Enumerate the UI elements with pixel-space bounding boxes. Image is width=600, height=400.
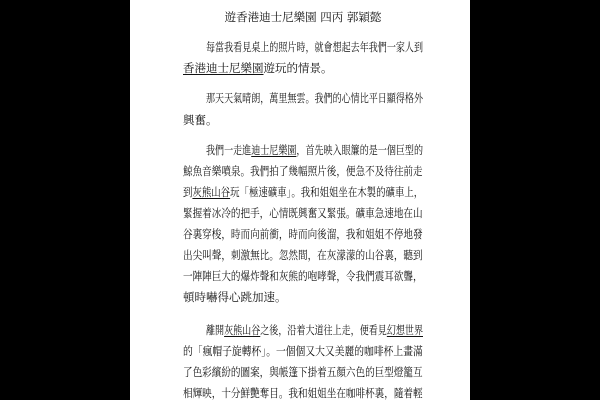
document-title: 遊香港迪士尼樂園 四丙 郭穎懿	[183, 9, 423, 25]
paragraph-3-line-2: 鯨魚音樂噴泉。我們拍了幾幅照片後，便急不及待往前走	[183, 163, 423, 179]
paragraph-3-line-4: 緊握着冰冷的把手，心情既興奮又緊張。礦車急速地在山	[183, 205, 423, 221]
text-run: 緊握着冰冷的把手，心情既興奮又緊張。礦車急速地在山	[183, 206, 423, 220]
paragraph-2-line-1: 那天天氣晴朗，萬里無雲。我們的心情比平日顯得格外	[206, 90, 423, 106]
proper-noun-underlined: 迪士尼樂園	[251, 143, 296, 157]
paragraph-3-line-5: 谷裏穿梭，時而向前衝，時而向後溜，我和姐姐不停地發	[183, 226, 423, 242]
text-run: 頓時嚇得心跳加速。	[183, 290, 287, 304]
text-run: 鯨魚音樂噴泉。我們拍了幾幅照片後，便急不及待往前走	[183, 164, 423, 178]
paragraph-3-line-6: 出尖叫聲，刺激無比。忽然間，在灰濛濛的山谷裏，聽到	[183, 247, 423, 263]
paragraph-4-line-1: 離開灰熊山谷之後，沿着大道往上走，便看見幻想世界	[206, 322, 423, 338]
text-run: 遊玩的情景。	[264, 61, 333, 75]
text-run: 我們一走進	[206, 143, 251, 157]
text-run: 一陣陣巨大的爆炸聲和灰熊的咆哮聲，令我們震耳欲聾，	[183, 269, 423, 283]
paragraph-3-line-1: 我們一走進迪士尼樂園，首先映入眼簾的是一個巨型的	[206, 142, 423, 158]
text-run: 谷裏穿梭，時而向前衝，時而向後溜，我和姐姐不停地發	[183, 227, 423, 241]
text-run: 相輝映，十分鮮艷奪目。我和姐姐坐在咖啡杯裏，隨着輕	[183, 386, 423, 400]
proper-noun-underlined: 灰熊山谷	[224, 323, 260, 337]
proper-noun-underlined: 幻想世界	[387, 323, 423, 337]
text-run: 的「瘋帽子旋轉杯」。一個個又大又美麗的咖啡杯上畫滿	[183, 344, 423, 358]
proper-noun-underlined: 香港迪士尼樂園	[183, 61, 264, 75]
text-run: 了色彩繽紛的圖案，與帳篷下掛着五顏六色的巨型燈籠互	[183, 365, 423, 379]
text-run: 玩「極速礦車」。我和姐姐坐在木製的礦車上，	[230, 185, 423, 199]
proper-noun-underlined: 灰熊山谷	[192, 185, 230, 199]
paragraph-3-line-8: 頓時嚇得心跳加速。	[183, 289, 287, 305]
text-run: ，首先映入眼簾的是一個巨型的	[296, 143, 423, 157]
text-run: 之後，沿着大道往上走，便看見	[260, 323, 387, 337]
paragraph-3-line-7: 一陣陣巨大的爆炸聲和灰熊的咆哮聲，令我們震耳欲聾，	[183, 268, 423, 284]
paragraph-4-line-3: 了色彩繽紛的圖案，與帳篷下掛着五顏六色的巨型燈籠互	[183, 364, 423, 380]
text-run: 出尖叫聲，刺激無比。忽然間，在灰濛濛的山谷裏，聽到	[183, 248, 423, 262]
paragraph-2-line-2: 興奮。	[183, 112, 218, 128]
paragraph-1-line-2: 香港迪士尼樂園遊玩的情景。	[183, 60, 333, 76]
paragraph-3-line-3: 到灰熊山谷玩「極速礦車」。我和姐姐坐在木製的礦車上，	[183, 184, 423, 200]
text-run: 興奮。	[183, 113, 218, 127]
paragraph-4-line-4: 相輝映，十分鮮艷奪目。我和姐姐坐在咖啡杯裏，隨着輕	[183, 385, 423, 400]
text-run: 那天天氣晴朗，萬里無雲。我們的心情比平日顯得格外	[206, 91, 423, 105]
paragraph-1-line-1: 每當我看見桌上的照片時，就會想起去年我們一家人到	[206, 39, 423, 55]
document-page: 遊香港迪士尼樂園 四丙 郭穎懿 每當我看見桌上的照片時，就會想起去年我們一家人到…	[130, 0, 470, 400]
text-run: 每當我看見桌上的照片時，就會想起去年我們一家人到	[206, 40, 423, 54]
text-run: 離開	[206, 323, 224, 337]
paragraph-4-line-2: 的「瘋帽子旋轉杯」。一個個又大又美麗的咖啡杯上畫滿	[183, 343, 423, 359]
text-run: 到	[183, 185, 192, 199]
